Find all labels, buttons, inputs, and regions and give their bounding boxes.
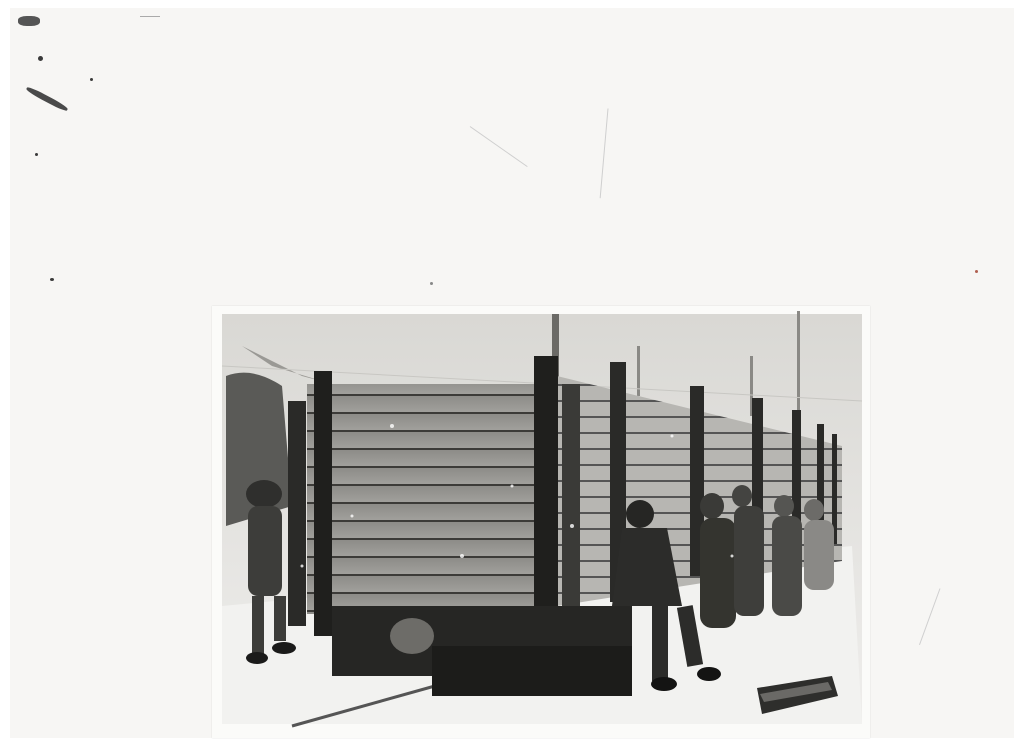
car-post <box>314 371 332 636</box>
paper-scratch <box>919 588 940 645</box>
car-post <box>534 356 558 646</box>
photograph <box>212 306 870 738</box>
wheel-bogie <box>432 646 632 696</box>
paper-scratch <box>470 126 528 167</box>
paper-scratch <box>140 16 160 17</box>
dust-speck <box>38 56 43 61</box>
buffer <box>390 618 434 654</box>
ink-smudge <box>25 86 68 113</box>
utility-pole <box>797 311 800 421</box>
dust-speck <box>50 278 54 281</box>
photo-scene <box>212 306 870 738</box>
dust-speck <box>35 153 38 156</box>
paper-scratch <box>600 108 609 198</box>
car-post <box>562 384 580 614</box>
dust-speck <box>90 78 93 81</box>
railcar-end-wall <box>307 384 557 614</box>
scan-edge <box>1014 0 1024 745</box>
dust-speck <box>430 282 433 285</box>
dust-speck <box>18 16 40 26</box>
car-post <box>288 401 306 626</box>
dust-speck <box>975 270 978 273</box>
